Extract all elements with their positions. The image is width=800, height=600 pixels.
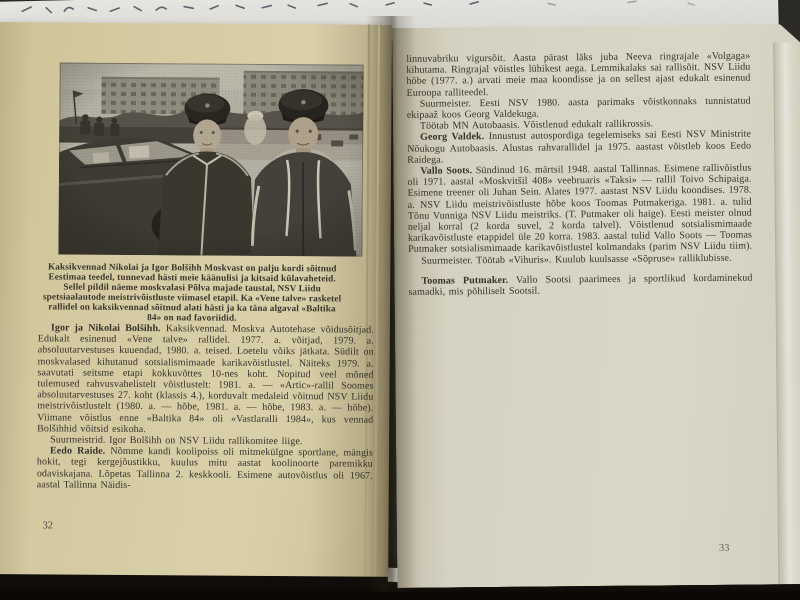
paragraph-lead: Toomas Putmaker. — [421, 275, 508, 287]
right-page-text: linnuvabriku vigursõit. Aasta pärast läk… — [406, 51, 752, 299]
page-fold-highlight — [374, 25, 380, 577]
page-fold-line — [364, 25, 370, 577]
paragraph: Suurmeister. Eesti NSV 1980. aasta parim… — [407, 95, 751, 121]
paragraph: linnuvabriku vigursõit. Aasta pärast läk… — [406, 51, 750, 99]
paragraph: Vallo Soots. Sündinud 16. märtsil 1948. … — [407, 163, 752, 256]
paragraph-text: Sündinud 16. märtsil 1948. aastal Tallin… — [407, 163, 752, 256]
paragraph-text: Suurmeister. Eesti NSV 1980. aasta parim… — [407, 95, 751, 121]
paragraph-text: Suurmeister. Töötab «Vihuris». Kuulub ku… — [421, 252, 732, 266]
paragraph-lead: Georg Valdek. — [420, 132, 484, 144]
twins-rally-photo-svg — [58, 62, 363, 256]
paragraph-lead: Eedo Raide. — [50, 446, 105, 457]
left-page: Kaksikvennad Nikolai ja Igor Bolšihh Mos… — [0, 22, 392, 577]
page-number-right: 33 — [719, 543, 730, 554]
paragraph-text: Kaksikvennad. Moskva Autotehase võidusõi… — [37, 323, 374, 435]
paragraph: Toomas Putmaker. Vallo Sootsi paarimees … — [408, 272, 752, 298]
paragraph-lead: Vallo Soots. — [420, 165, 472, 176]
paragraph: Igor ja Nikolai Bolšihh. Kaksikvennad. M… — [37, 322, 374, 436]
paragraph-text: linnuvabriku vigursõit. Aasta pärast läk… — [406, 51, 750, 99]
twins-rally-photo — [58, 62, 363, 256]
right-page: linnuvabriku vigursõit. Aasta pärast läk… — [392, 24, 800, 588]
page-number-left: 32 — [42, 520, 53, 531]
open-book-photo: Kaksikvennad Nikolai ja Igor Bolšihh Mos… — [0, 0, 800, 600]
left-page-text: Igor ja Nikolai Bolšihh. Kaksikvennad. M… — [37, 322, 374, 492]
paragraph-lead: Igor ja Nikolai Bolšihh. — [51, 322, 161, 334]
paragraph: Suurmeister. Töötab «Vihuris». Kuulub ku… — [408, 252, 752, 267]
paragraph: Georg Valdek. Innustust autospordiga teg… — [407, 129, 751, 166]
photo-caption: Kaksikvennad Nikolai ja Igor Bolšihh Mos… — [42, 262, 342, 324]
paragraph: Eedo Raide. Nõmme kandi koolipoiss oli m… — [37, 446, 373, 493]
page-edge-strip — [773, 42, 800, 584]
